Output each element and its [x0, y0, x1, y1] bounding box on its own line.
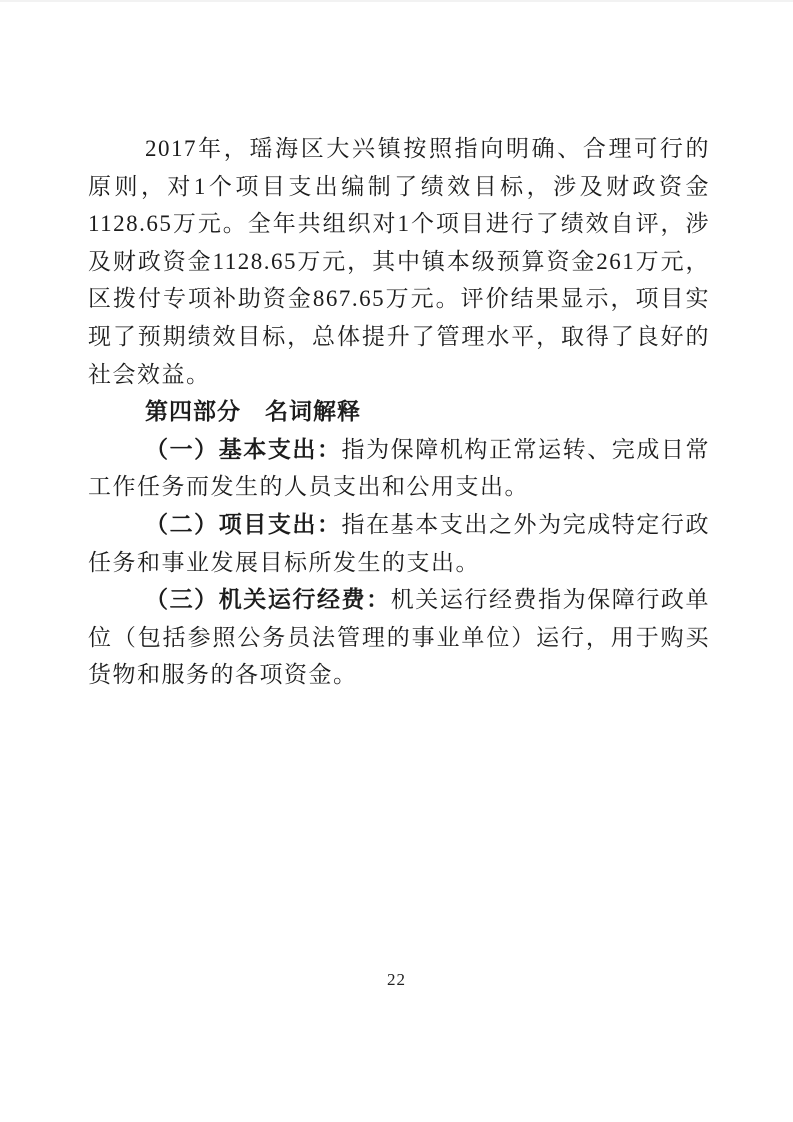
term-agency-operating-funds-label: （三）机关运行经费： [145, 586, 391, 612]
document-body: 2017年，瑶海区大兴镇按照指向明确、合理可行的原则，对1个项目支出编制了绩效目… [88, 130, 710, 694]
page-number: 22 [0, 970, 793, 990]
document-page: 2017年，瑶海区大兴镇按照指向明确、合理可行的原则，对1个项目支出编制了绩效目… [0, 0, 793, 1122]
term-basic-expenditure-label: （一）基本支出： [145, 436, 342, 462]
term-agency-operating-funds: （三）机关运行经费：机关运行经费指为保障行政单位（包括参照公务员法管理的事业单位… [88, 581, 710, 694]
paragraph-performance-summary: 2017年，瑶海区大兴镇按照指向明确、合理可行的原则，对1个项目支出编制了绩效目… [88, 130, 710, 393]
term-project-expenditure: （二）项目支出：指在基本支出之外为完成特定行政任务和事业发展目标所发生的支出。 [88, 506, 710, 581]
section-four-heading: 第四部分 名词解释 [88, 393, 710, 431]
term-project-expenditure-label: （二）项目支出： [145, 511, 342, 537]
term-basic-expenditure: （一）基本支出：指为保障机构正常运转、完成日常工作任务而发生的人员支出和公用支出… [88, 431, 710, 506]
